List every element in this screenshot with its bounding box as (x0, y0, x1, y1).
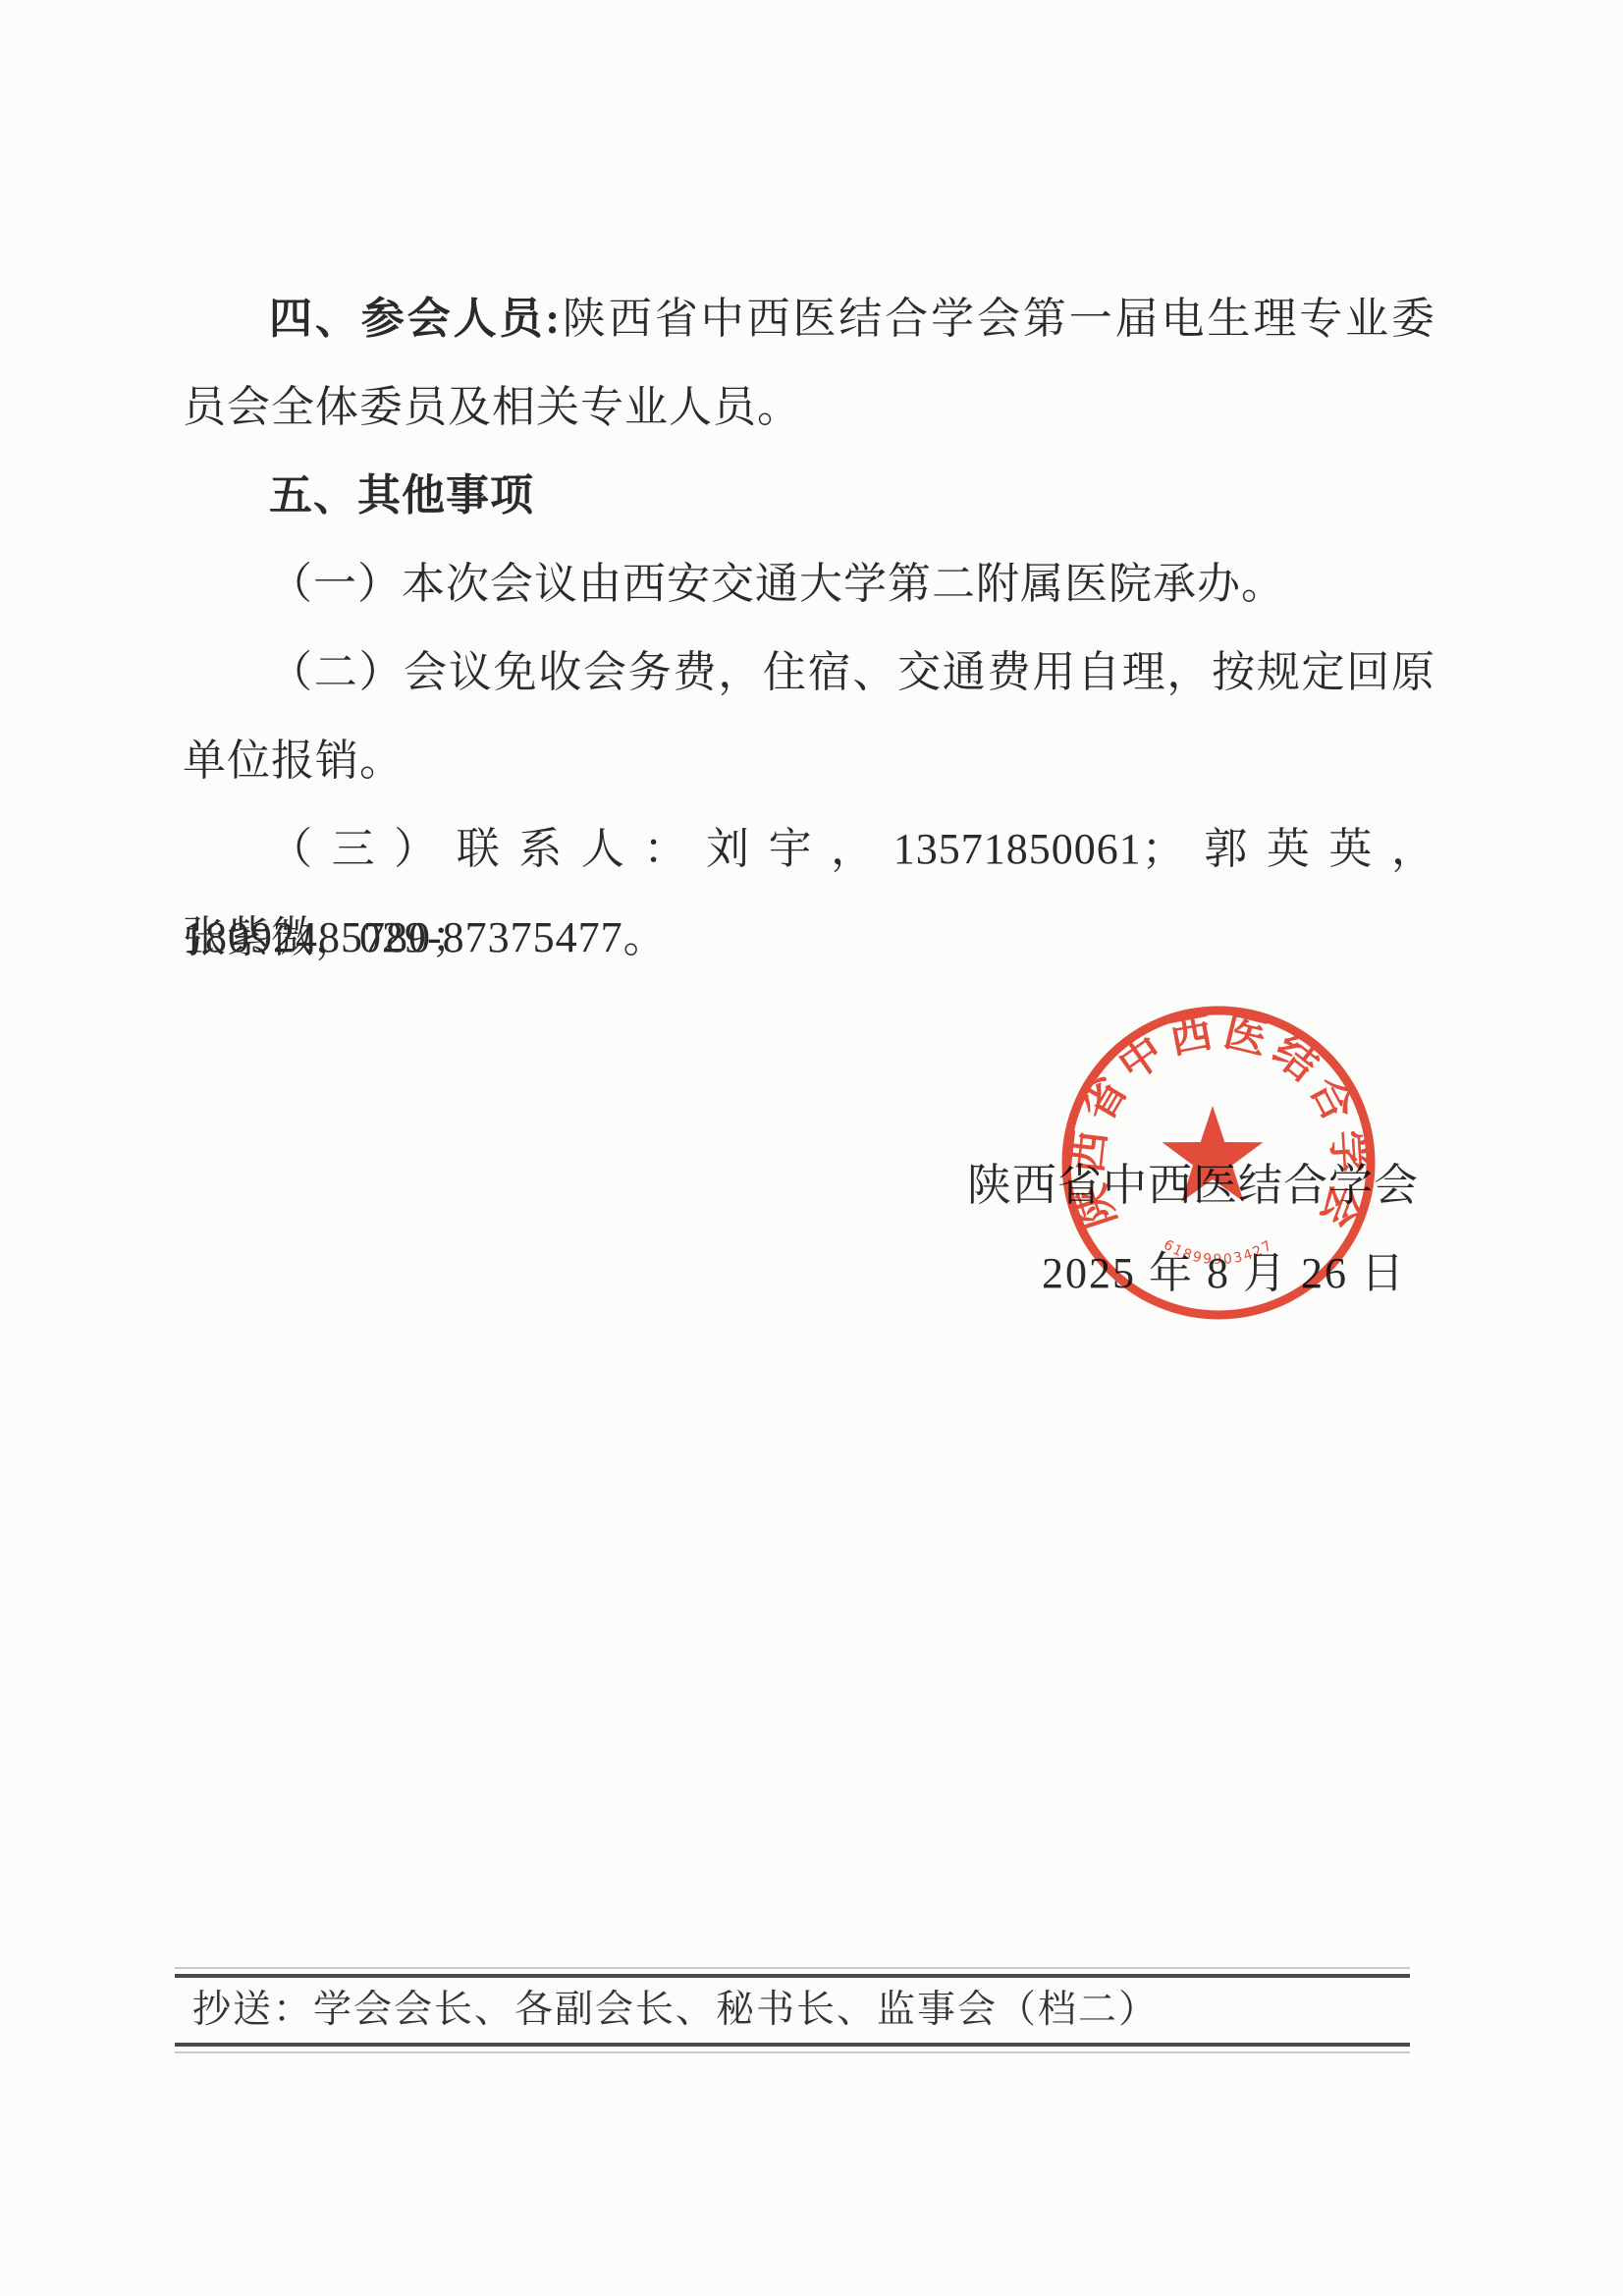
item-2-text-cont: 单位报销。 (183, 737, 404, 785)
item-1-text: （一）本次会议由西安交通大学第二附属医院承办。 (269, 560, 1285, 608)
seal-code-number: 61899903427 (1161, 1237, 1276, 1268)
attendees-text-cont: 员会全体委员及相关专业人员。 (183, 383, 801, 431)
footer-bottom-rule (175, 2043, 1410, 2053)
item-2-fees-line2: 单位报销。 (183, 717, 1435, 805)
section-heading-other-matters: 五、其他事项 (183, 452, 1435, 540)
svg-text:61899903427: 61899903427 (1161, 1237, 1276, 1268)
document-page: 四、参会人员:陕西省中西医结合学会第一届电生理专业委 员会全体委员及相关专业人员… (0, 0, 1623, 2296)
cc-note: 抄送：学会会长、各副会长、秘书长、监事会（档二） (175, 1978, 1410, 2043)
item-3-contacts-line2: 张紫微，029-87375477。 (183, 894, 1435, 982)
paragraph-attendees-line1: 四、参会人员:陕西省中西医结合学会第一届电生理专业委 (183, 275, 1435, 363)
body-text: 四、参会人员:陕西省中西医结合学会第一届电生理专业委 员会全体委员及相关专业人员… (183, 275, 1435, 982)
attendees-heading-label: 四、参会人员: (269, 295, 561, 343)
footer-cc-block: 抄送：学会会长、各副会长、秘书长、监事会（档二） (175, 1967, 1410, 2053)
paragraph-attendees-line2: 员会全体委员及相关专业人员。 (183, 363, 1435, 452)
item-1-host: （一）本次会议由西安交通大学第二附属医院承办。 (183, 540, 1435, 629)
official-seal-stamp: 陕西省中西医结合学会 61899903427 (1052, 996, 1385, 1330)
footer-top-rule (175, 1967, 1410, 1978)
item-3-text-cont: 张紫微，029-87375477。 (183, 913, 668, 961)
item-2-text: （二）会议免收会务费，住宿、交通费用自理，按规定回原 (269, 648, 1435, 696)
attendees-text: 陕西省中西医结合学会第一届电生理专业委 (561, 295, 1435, 343)
heading-text: 五、其他事项 (269, 471, 534, 519)
item-2-fees-line1: （二）会议免收会务费，住宿、交通费用自理，按规定回原 (183, 629, 1435, 717)
star-icon (1163, 1106, 1264, 1202)
item-3-contacts-line1: （三）联系人：刘宇，13571850061；郭英英，18092485780； (183, 805, 1435, 894)
